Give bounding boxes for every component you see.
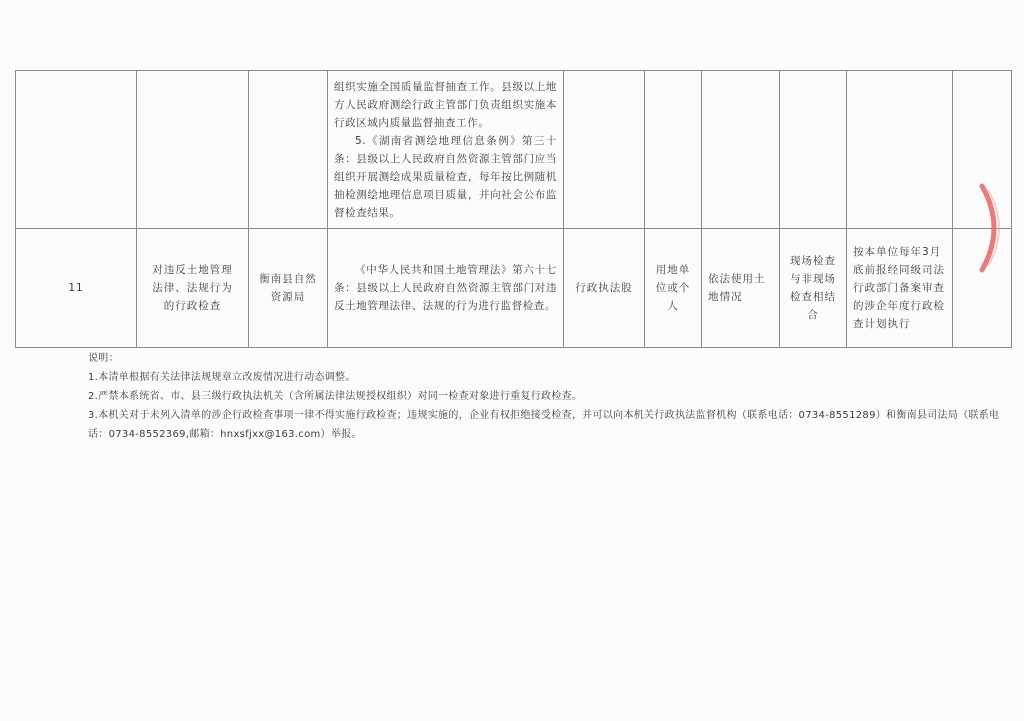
legal-basis-text: 《中华人民共和国土地管理法》第六十七条：县级以上人民政府自然资源主管部门对违反土… [334, 261, 557, 315]
notes-title: 说明： [88, 349, 1008, 368]
responsible-department: 行政执法股 [564, 229, 644, 347]
row-index: 11 [16, 229, 136, 347]
note-item: 3.本机关对于未列入清单的涉企行政检查事项一律不得实施行政检查；违规实施的，企业… [88, 406, 1008, 444]
legal-basis: 《中华人民共和国土地管理法》第六十七条：县级以上人民政府自然资源主管部门对违反土… [328, 229, 563, 347]
note-item: 2.严禁本系统省、市、县三级行政执法机关（含所属法律法规授权组织）对同一检查对象… [88, 387, 1008, 406]
implementing-agency: 衡南县自然资源局 [249, 229, 327, 347]
inspection-content: 依法使用土地情况 [702, 229, 779, 347]
inspection-object: 用地单位或个人 [645, 229, 701, 347]
inspection-list-table: 组织实施全国质量监督抽查工作。县级以上地方人民政府测绘行政主管部门负责组织实施本… [15, 70, 1012, 348]
legal-basis-text: 5.《湖南省测绘地理信息条例》第三十条：县级以上人民政府自然资源主管部门应当组织… [334, 132, 557, 222]
inspection-item: 对违反土地管理法律、法规行为的行政检查 [137, 229, 248, 347]
notes-section: 说明： 1.本清单根据有关法律法规规章立改废情况进行动态调整。 2.严禁本系统省… [88, 349, 1008, 444]
official-seal-stamp [970, 180, 1024, 276]
note-item: 1.本清单根据有关法律法规规章立改废情况进行动态调整。 [88, 368, 1008, 387]
legal-basis-continued: 组织实施全国质量监督抽查工作。县级以上地方人民政府测绘行政主管部门负责组织实施本… [328, 74, 563, 228]
inspection-plan: 按本单位每年3月底前报经同级司法行政部门备案审查的涉企年度行政检查计划执行 [847, 229, 952, 347]
inspection-method: 现场检查与非现场检查相结合 [780, 229, 846, 347]
legal-basis-text: 组织实施全国质量监督抽查工作。县级以上地方人民政府测绘行政主管部门负责组织实施本… [334, 78, 557, 132]
